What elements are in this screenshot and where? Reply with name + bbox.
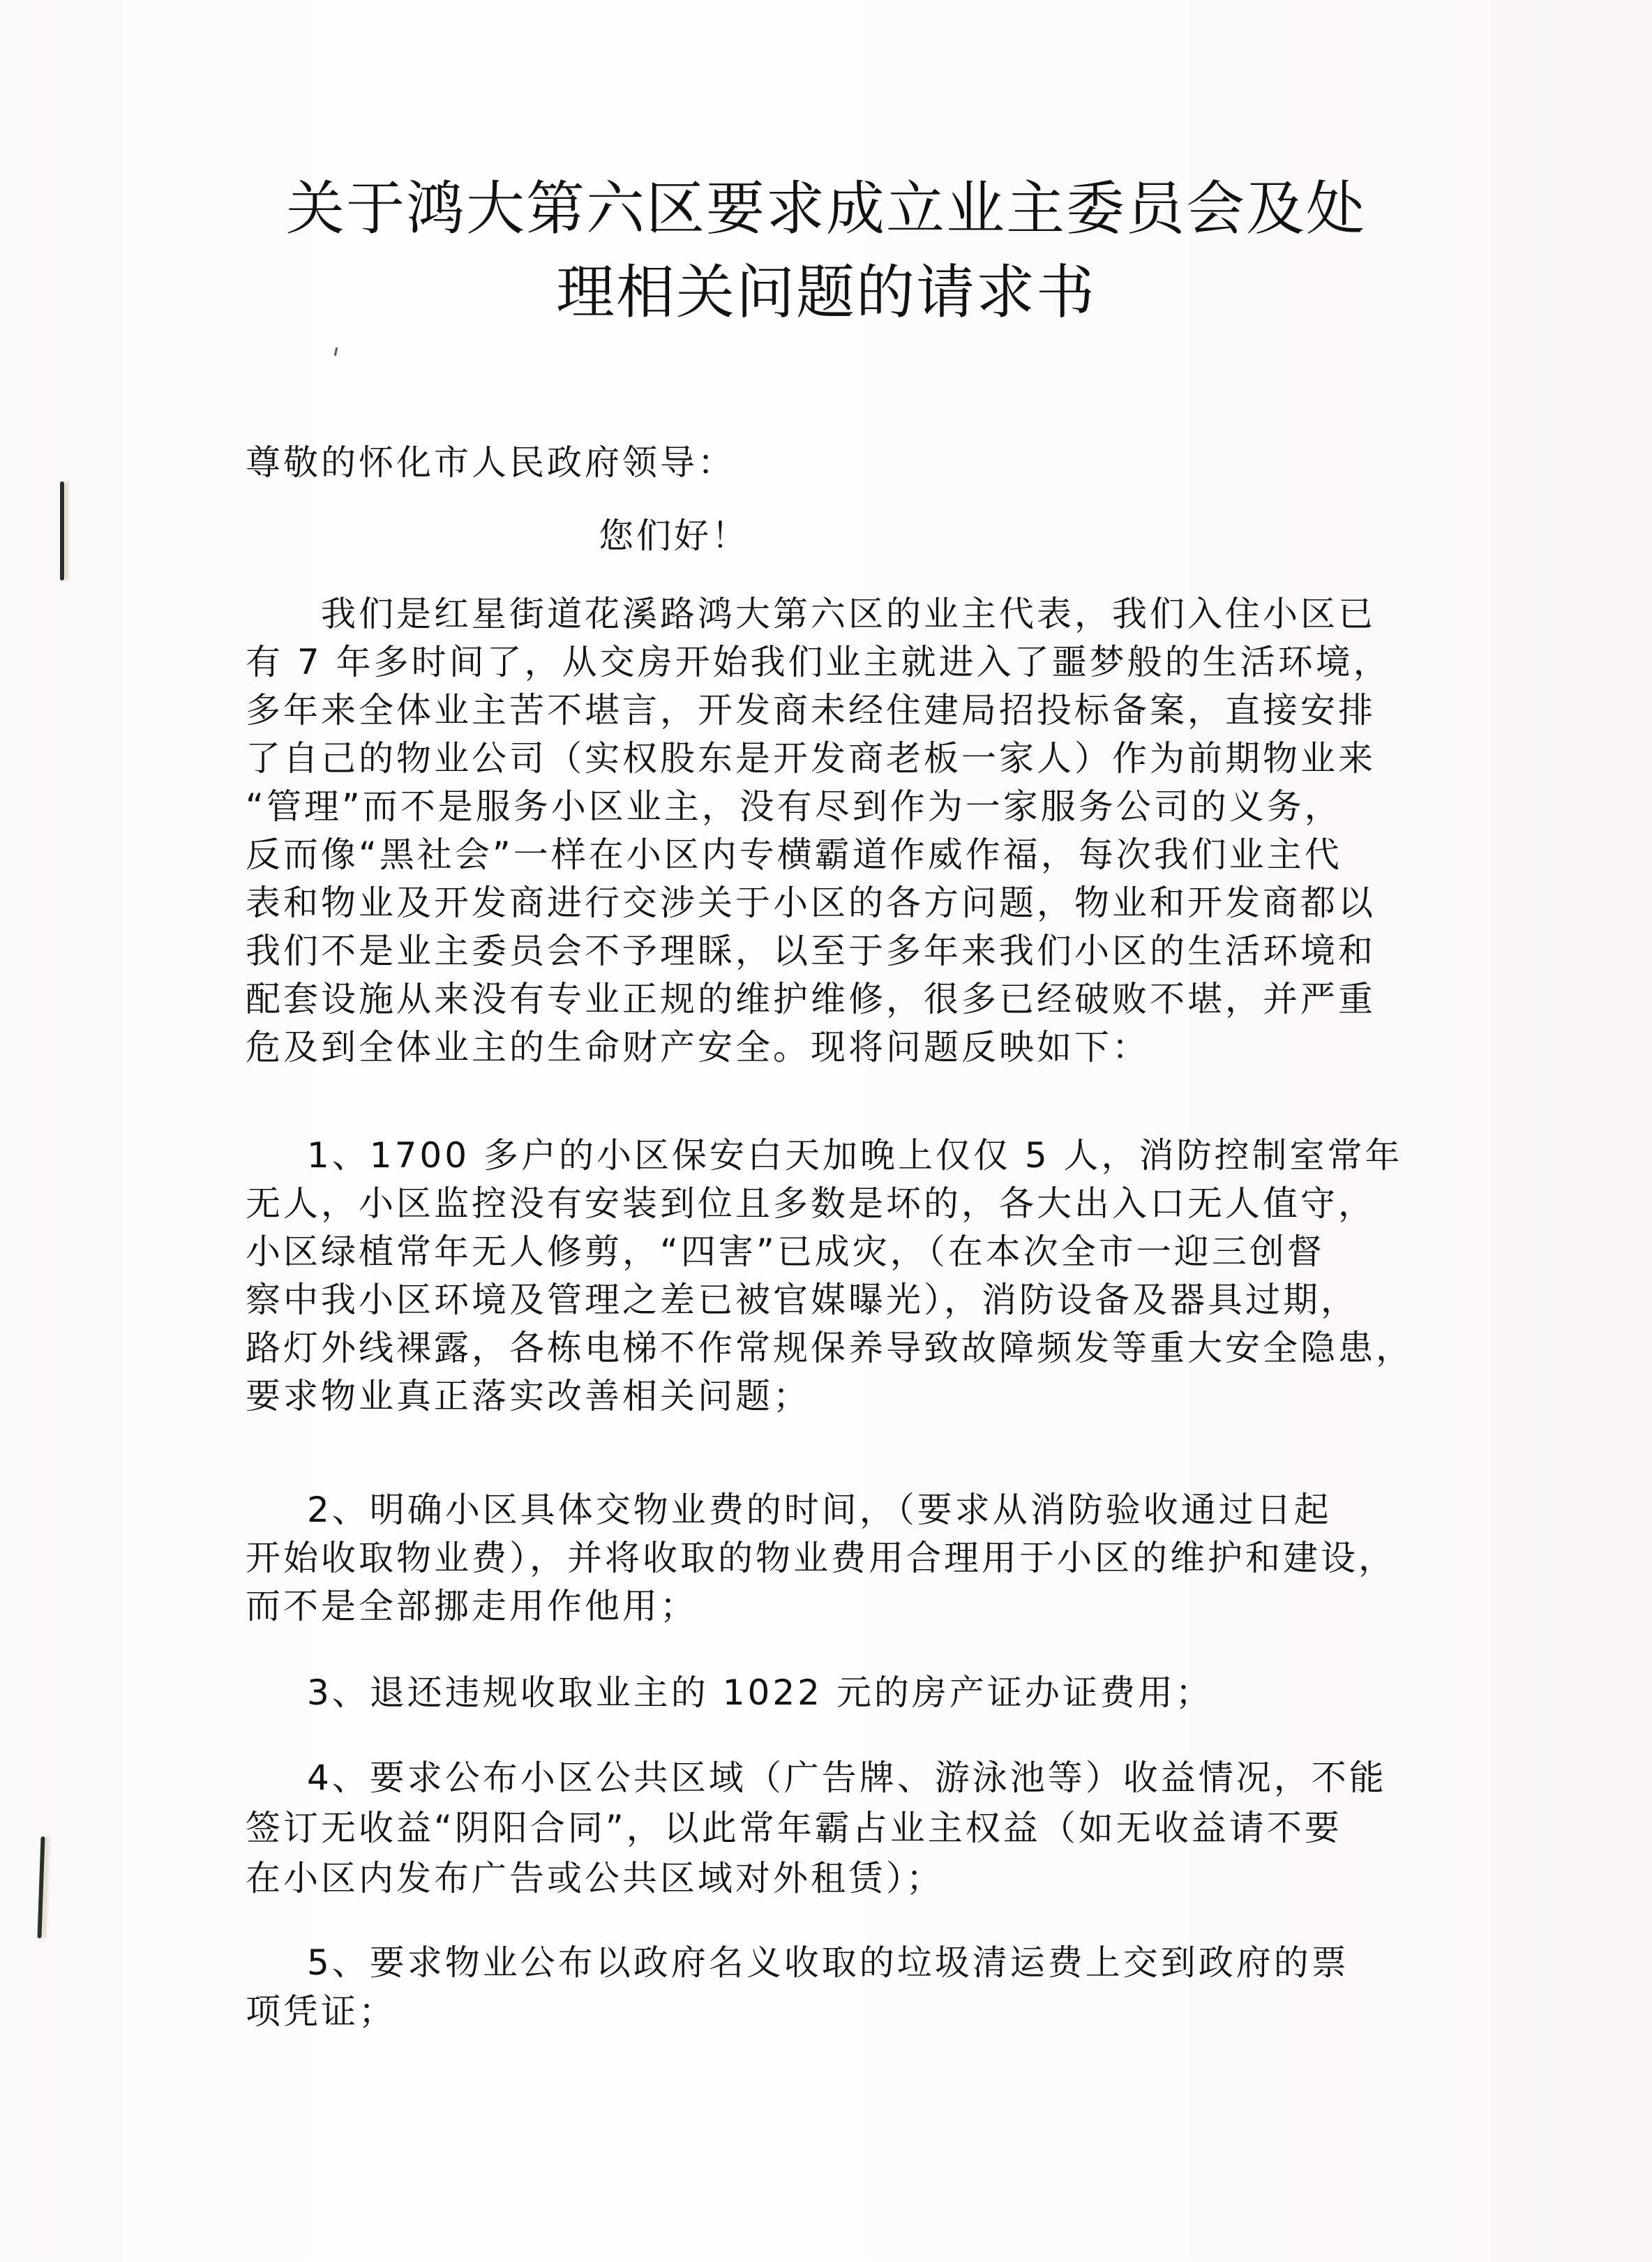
item-4-line: 4、要求公布小区公共区域（广告牌、游泳池等）收益情况，不能 [307,1757,1387,1799]
item-4-line: 签订无收益“阴阳合同”，以此常年霸占业主权益（如无收益请不要 [246,1807,1342,1849]
item-1-line: 察中我小区环境及管理之差已被官媒曝光），消防设备及器具过期， [246,1279,1358,1321]
intro-line: 多年来全体业主苦不堪言，开发商未经住建局招投标备案，直接安排 [246,689,1376,731]
item-1-line: 小区绿植常年无人修剪，“四害”已成灾，（在本次全市一迎三创督 [246,1231,1325,1273]
salutation: 尊敬的怀化市人民政府领导： [246,442,735,484]
intro-line: 我们不是业主委员会不予理睬，以至于多年来我们小区的生活环境和 [246,930,1376,972]
document-title-line-1: 关于鸿大第六区要求成立业主委员会及处 [0,162,1652,246]
binding-mark-top [60,481,64,581]
scan-speck [334,347,338,356]
intro-line: “管理”而不是服务小区业主，没有尽到作为一家服务公司的义务， [246,786,1342,827]
greeting: 您们好！ [599,515,749,557]
item-4-line: 在小区内发布广告或公共区域对外租赁）； [246,1857,944,1899]
intro-line: 了自己的物业公司（实权股东是开发商老板一家人）作为前期物业来 [246,737,1376,779]
scanned-page: 关于鸿大第六区要求成立业主委员会及处 理相关问题的请求书 尊敬的怀化市人民政府领… [0,0,1652,2262]
document-title-line-2: 理相关问题的请求书 [0,246,1652,330]
item-1-line: 1、1700 多户的小区保安白天加晚上仅仅 5 人，消防控制室常年 [307,1134,1403,1176]
item-2-line: 2、明确小区具体交物业费的时间，（要求从消防验收通过日起 [307,1489,1332,1531]
item-5-line: 5、要求物业公布以政府名义收取的垃圾清运费上交到政府的票 [307,1942,1349,1984]
intro-line: 危及到全体业主的生命财产安全。现将问题反映如下： [246,1026,1150,1068]
intro-line: 有 7 年多时间了，从交房开始我们业主就进入了噩梦般的生活环境， [246,641,1391,683]
intro-line: 配套设施从来没有专业正规的维护维修，很多已经破败不堪，并严重 [246,978,1376,1020]
intro-line: 表和物业及开发商进行交涉关于小区的各方问题，物业和开发商都以 [246,882,1376,924]
item-3-line: 3、退还违规收取业主的 1022 元的房产证办证费用； [307,1672,1213,1714]
item-1-line: 无人，小区监控没有安装到位且多数是坏的，各大出入口无人值守， [246,1183,1376,1224]
item-2-line: 而不是全部挪走用作他用； [246,1585,698,1627]
intro-line: 我们是红星街道花溪路鸿大第六区的业主代表，我们入住小区已 [321,593,1376,635]
binding-mark-bottom [37,1836,45,1938]
intro-line: 反而像“黑社会”一样在小区内专横霸道作威作福，每次我们业主代 [246,834,1342,876]
item-1-line: 要求物业真正落实改善相关问题； [246,1375,811,1417]
item-5-line: 项凭证； [246,1991,396,2032]
item-2-line: 开始收取物业费），并将收取的物业费用合理用于小区的维护和建设， [246,1537,1396,1579]
item-1-line: 路灯外线裸露，各栋电梯不作常规保养导致故障频发等重大安全隐患， [246,1327,1413,1369]
